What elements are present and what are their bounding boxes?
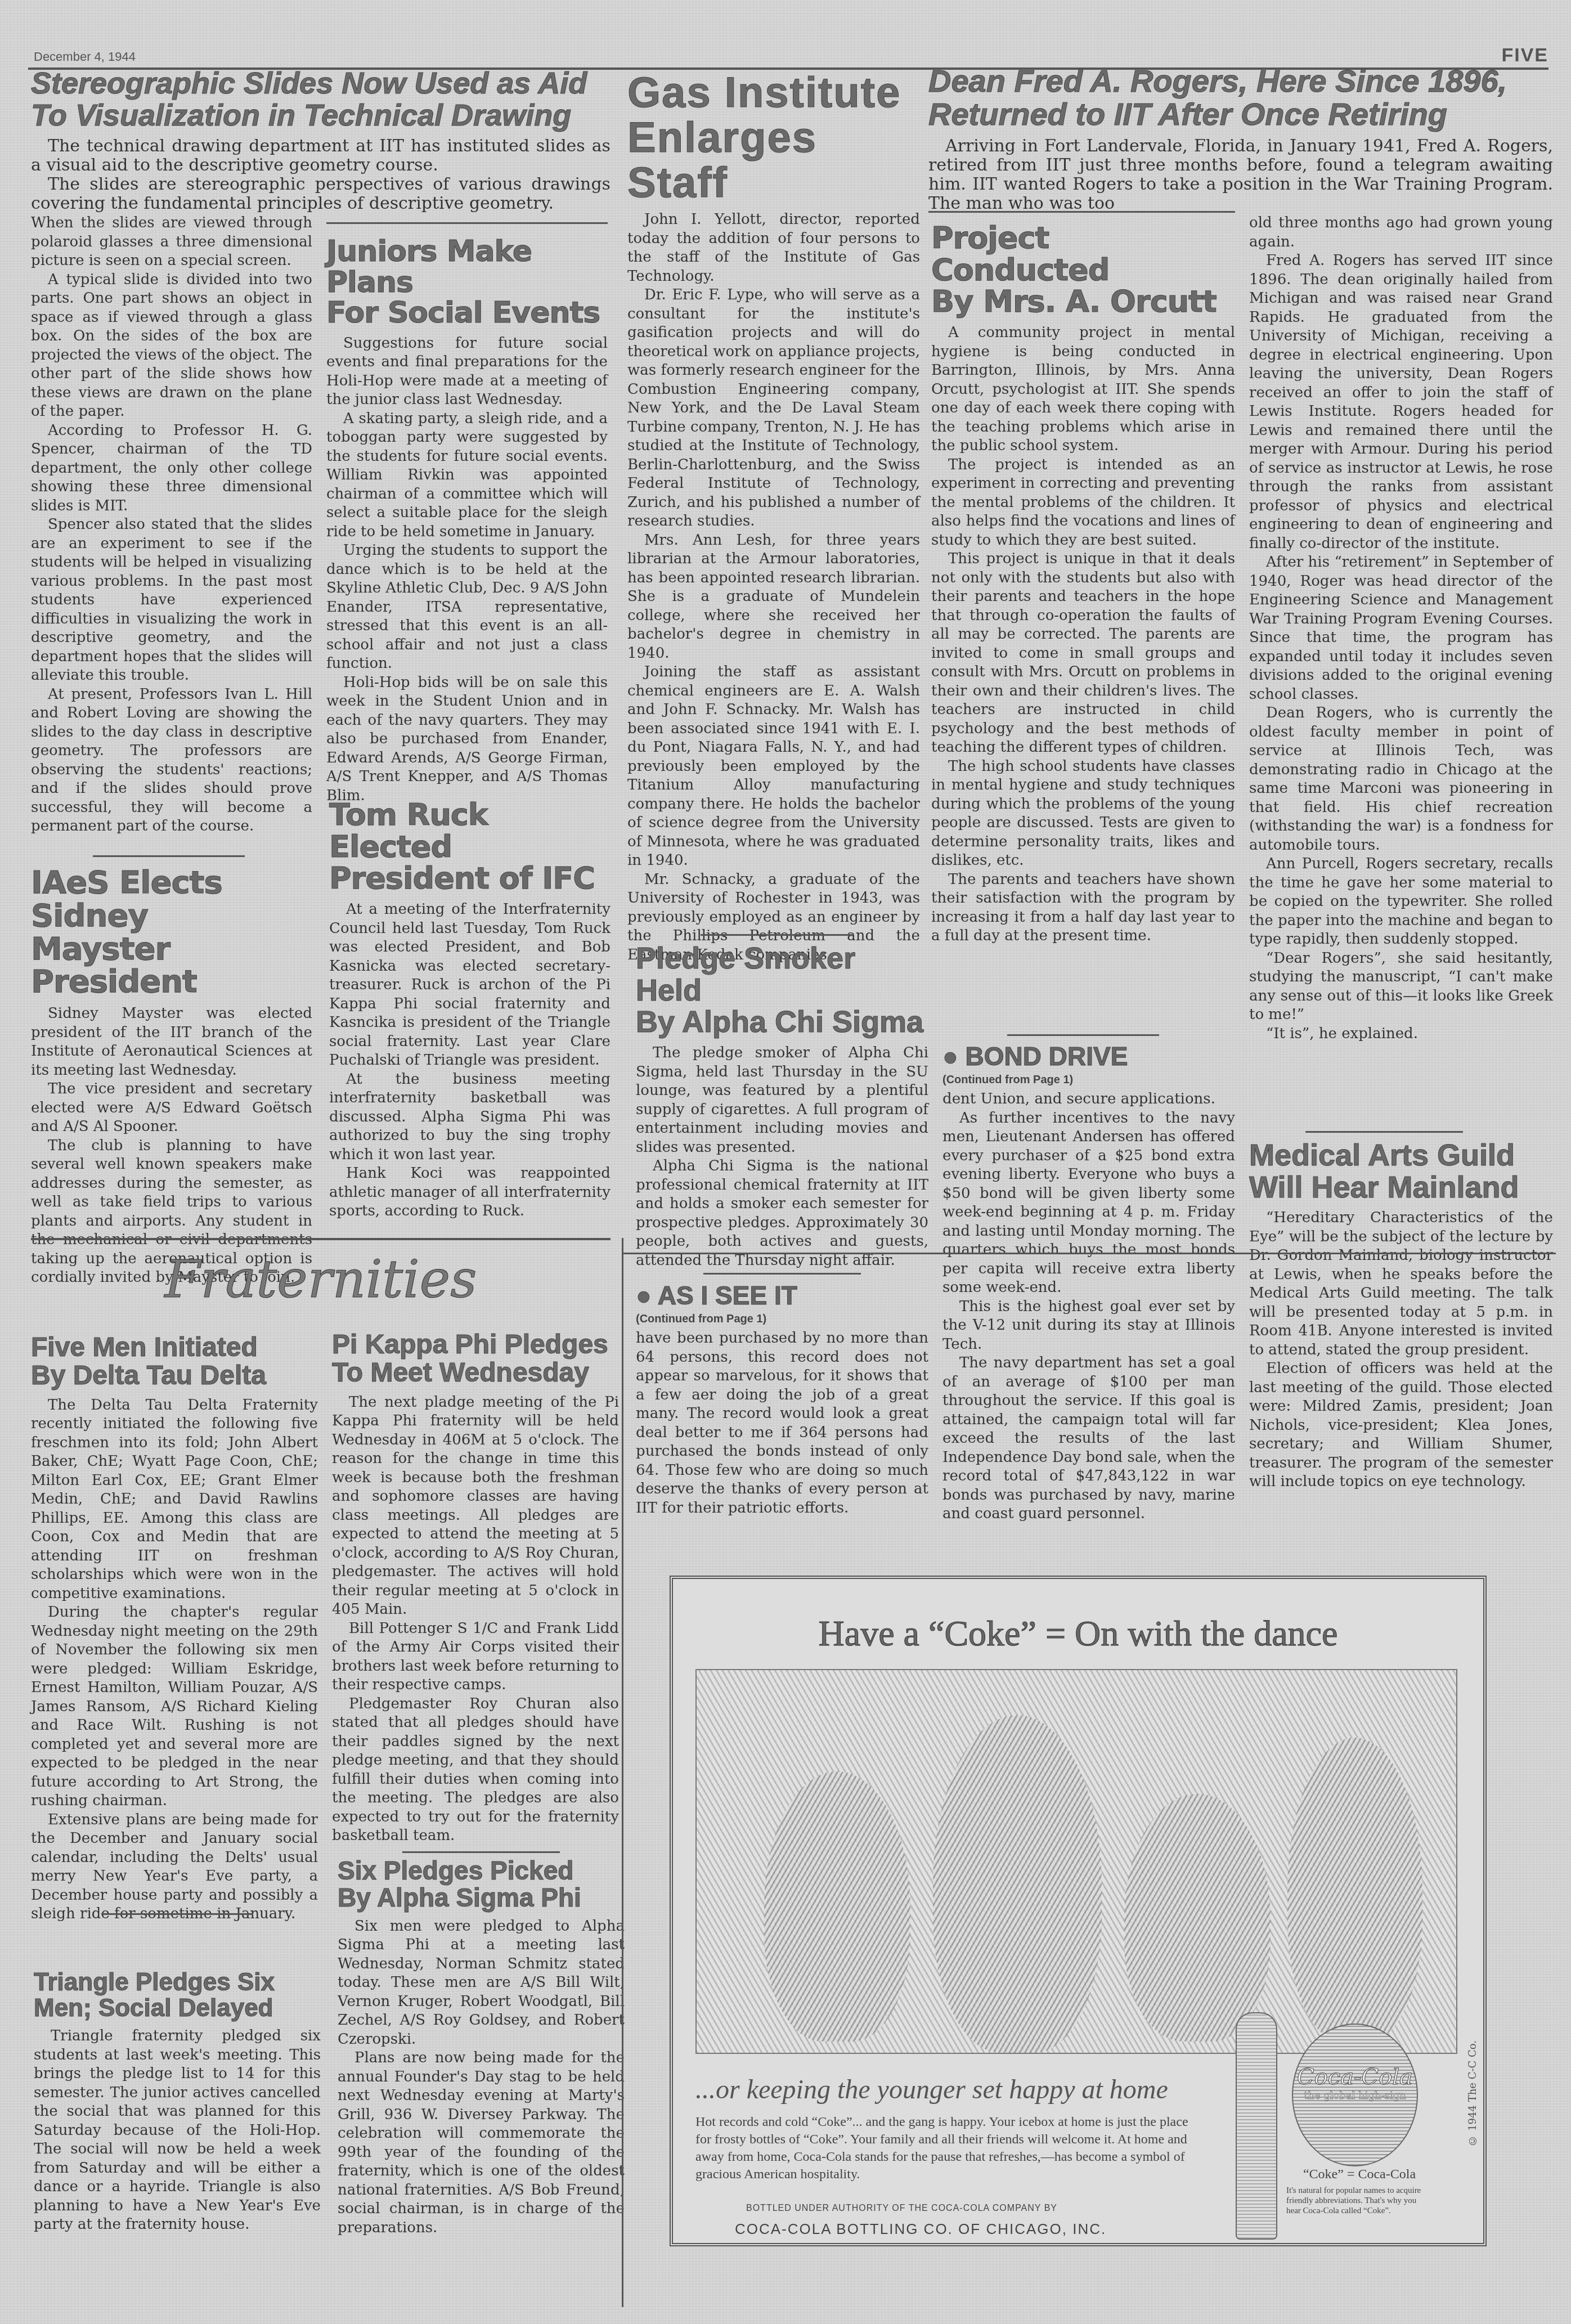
figure-shape — [764, 1771, 910, 2042]
paragraph: The next pladge meeting of the Pi Kappa … — [332, 1393, 619, 1619]
article-rogers: Dean Fred A. Rogers, Here Since 1896, Re… — [928, 65, 1553, 213]
paragraph: Extensive plans are being made for the D… — [31, 1811, 318, 1924]
section-title-fraternities: Fraternities — [31, 1249, 611, 1309]
bottler-name: COCA-COLA BOTTLING CO. OF CHICAGO, INC. — [735, 2220, 1106, 2238]
article-triangle: Triangle Pledges Six Men; Social Delayed… — [34, 1969, 321, 2235]
coca-cola-advertisement: Have a “Coke” = On with the dance ...or … — [670, 1576, 1487, 2246]
paragraph: have been purchased by no more than 64 p… — [636, 1329, 928, 1518]
paragraph: Arriving in Fort Landervale, Florida, in… — [928, 137, 1553, 213]
headline: Six Pledges Picked By Alpha Sigma Phi — [338, 1857, 625, 1912]
divider — [1007, 1034, 1159, 1036]
ad-subhead: ...or keeping the younger set happy at h… — [695, 2074, 1168, 2105]
article-body: The next pladge meeting of the Pi Kappa … — [332, 1393, 619, 1846]
article-alpha-sigma-phi: Six Pledges Picked By Alpha Sigma Phi Si… — [338, 1857, 625, 2237]
paragraph: The project is intended as an experiment… — [931, 456, 1235, 550]
paragraph: The Delta Tau Delta Fraternity recently … — [31, 1396, 318, 1604]
article-gas-institute: Gas Institute Enlarges Staff John I. Yel… — [627, 70, 920, 964]
paragraph: The slides are stereographic perspective… — [31, 175, 611, 213]
paragraph: At a meeting of the Interfraternity Coun… — [329, 900, 611, 1070]
paragraph: This project is unique in that it deals … — [931, 550, 1235, 757]
paragraph: A typical slide is divided into two part… — [31, 271, 312, 421]
headline: Five Men Initiated By Delta Tau Delta — [31, 1334, 318, 1390]
headline-line: To Meet Wednesday — [332, 1359, 619, 1387]
paragraph: Spencer also stated that the slides are … — [31, 515, 312, 685]
paragraph: old three months ago had grown young aga… — [1249, 214, 1553, 252]
headline: IAeS Elects Sidney Mayster President — [31, 867, 312, 999]
paragraph: When the slides are viewed through polar… — [31, 214, 312, 271]
paragraph: At present, Professors Ivan L. Hill and … — [31, 685, 312, 836]
headline: Gas Institute Enlarges Staff — [627, 70, 920, 205]
headline-line: Men; Social Delayed — [34, 1995, 321, 2021]
newspaper-page: December 4, 1944 FIVE Stereographic Slid… — [0, 0, 1571, 2324]
paragraph: Ann Purcell, Rogers secretary, recalls t… — [1249, 855, 1553, 949]
article-lead: Arriving in Fort Landervale, Florida, in… — [928, 137, 1553, 213]
headline-line: Juniors Make Plans — [326, 236, 608, 298]
headline-line: By Alpha Sigma Phi — [338, 1884, 625, 1911]
kicker: ● BOND DRIVE — [942, 1041, 1235, 1071]
headline-line: To Visualization in Technical Drawing — [31, 100, 611, 132]
logo-text: Coca-Cola — [1293, 2064, 1417, 2090]
paragraph: “It is”, he explained. — [1249, 1025, 1553, 1044]
headline: Pledge Smoker Held By Alpha Chi Sigma — [636, 943, 928, 1038]
article-pledge-smoker: Pledge Smoker Held By Alpha Chi Sigma Th… — [636, 943, 928, 1270]
paragraph: Bill Pottenger S 1/C and Frank Lidd of t… — [332, 1619, 619, 1695]
article-bond-drive: ● BOND DRIVE (Continued from Page 1) den… — [942, 1041, 1235, 1524]
bullet-icon: ● — [942, 1042, 966, 1071]
headline-line: For Social Events — [326, 298, 608, 329]
paragraph: Pledgemaster Roy Churan also stated that… — [332, 1695, 619, 1846]
article-body: Six men were pledged to Alpha Sigma Phi … — [338, 1917, 625, 2238]
headline: Pi Kappa Phi Pledges To Meet Wednesday — [332, 1331, 619, 1388]
bullet-icon: ● — [636, 1281, 658, 1310]
headline-line: Six Pledges Picked — [338, 1857, 625, 1884]
section-rule — [31, 1238, 611, 1240]
article-delta-tau-delta: Five Men Initiated By Delta Tau Delta Th… — [31, 1334, 318, 1924]
paragraph: After his “retirement” in September of 1… — [1249, 553, 1553, 704]
page-number: FIVE — [1501, 44, 1548, 66]
dance-illustration — [695, 1669, 1457, 2054]
paragraph: The pledge smoker of Alpha Chi Sigma, he… — [636, 1044, 928, 1157]
headline-line: Pi Kappa Phi Pledges — [332, 1331, 619, 1359]
divider — [326, 222, 608, 224]
article-rogers-body: old three months ago had grown young aga… — [1249, 214, 1553, 1043]
headline: Dean Fred A. Rogers, Here Since 1896, Re… — [928, 65, 1553, 131]
headline-line: President of IFC — [329, 863, 611, 895]
paragraph: Triangle fraternity pledged six students… — [34, 2027, 321, 2235]
divider — [703, 1273, 861, 1275]
logo-tagline: the global high-sign — [1293, 2090, 1417, 2102]
article-iaes: IAeS Elects Sidney Mayster President Sid… — [31, 867, 312, 1287]
ad-headline: Have a “Coke” = On with the dance — [673, 1613, 1483, 1654]
paragraph: At the business meeting interfraternity … — [329, 1070, 611, 1165]
continued-note: (Continued from Page 1) — [636, 1313, 928, 1326]
paragraph: dent Union, and secure applications. — [942, 1090, 1235, 1109]
article-stereographic: Stereographic Slides Now Used as Aid To … — [31, 68, 611, 213]
headline: Stereographic Slides Now Used as Aid To … — [31, 68, 611, 131]
paragraph: Dean Rogers, who is currently the oldest… — [1249, 704, 1553, 855]
continued-note: (Continued from Page 1) — [942, 1074, 1235, 1087]
article-lead: The technical drawing department at IIT … — [31, 137, 611, 213]
figure-shape — [933, 1715, 1102, 2053]
paragraph: The parents and teachers have shown thei… — [931, 871, 1235, 946]
article-body: Triangle fraternity pledged six students… — [34, 2027, 321, 2235]
headline-line: Gas Institute — [627, 70, 920, 115]
headline: Triangle Pledges Six Men; Social Delayed — [34, 1969, 321, 2021]
paragraph: This is the highest goal ever set by the… — [942, 1298, 1235, 1354]
headline-line: By Alpha Chi Sigma — [636, 1006, 928, 1038]
paragraph: Holi-Hop bids will be on sale this week … — [326, 674, 608, 806]
paragraph: Mrs. Ann Lesh, for three years librarian… — [627, 531, 920, 663]
paragraph: During the chapter's regular Wednesday n… — [31, 1603, 318, 1811]
paragraph: Joining the staff as assistant chemical … — [627, 663, 920, 871]
bottler-line: BOTTLED UNDER AUTHORITY OF THE COCA-COLA… — [746, 2204, 1057, 2214]
coca-cola-disc-logo: Coca-Cola the global high-sign — [1292, 2024, 1418, 2166]
kicker-label: BOND DRIVE — [966, 1042, 1128, 1071]
headline-line: Dean Fred A. Rogers, Here Since 1896, — [928, 65, 1553, 98]
coke-bottle-icon — [1236, 2012, 1277, 2240]
paragraph: Suggestions for future social events and… — [326, 334, 608, 410]
divider — [93, 855, 245, 857]
headline-line: Medical Arts Guild — [1249, 1139, 1553, 1172]
paragraph: Sidney Mayster was elected president of … — [31, 1004, 312, 1080]
headline: Project Conducted By Mrs. A. Orcutt — [931, 222, 1235, 318]
paragraph: “Dear Rogers”, she said hesitantly, stud… — [1249, 949, 1553, 1025]
ad-note: It's natural for popular names to acquir… — [1286, 2186, 1433, 2216]
article-body: “Hereditary Characteristics of the Eye” … — [1249, 1209, 1553, 1492]
headline-line: Pledge Smoker Held — [636, 943, 928, 1006]
headline: Medical Arts Guild Will Hear Mainland — [1249, 1139, 1553, 1203]
paragraph: The high school students have classes in… — [931, 757, 1235, 871]
headline-line: Stereographic Slides Now Used as Aid — [31, 68, 611, 100]
paragraph: Fred A. Rogers has served IIT since 1896… — [1249, 252, 1553, 553]
article-medical-arts: Medical Arts Guild Will Hear Mainland “H… — [1249, 1139, 1553, 1492]
kicker: ● AS I SEE IT — [636, 1280, 928, 1311]
article-ruck: Tom Ruck Elected President of IFC At a m… — [329, 799, 611, 1221]
paragraph: A community project in mental hygiene is… — [931, 324, 1235, 456]
article-body: John I. Yellott, director, reported toda… — [627, 210, 920, 964]
coke-equation: “Coke” = Coca-Cola — [1286, 2167, 1433, 2182]
article-orcutt: Project Conducted By Mrs. A. Orcutt A co… — [931, 222, 1235, 946]
paragraph: The technical drawing department at IIT … — [31, 137, 611, 175]
paragraph: John I. Yellott, director, reported toda… — [627, 210, 920, 286]
headline-line: Tom Ruck Elected — [329, 799, 611, 863]
paragraph: The navy department has set a goal of an… — [942, 1354, 1235, 1524]
headline-line: Five Men Initiated — [31, 1334, 318, 1362]
headline-line: Returned to IIT After Once Retiring — [928, 98, 1553, 131]
issue-date: December 4, 1944 — [34, 50, 136, 64]
paragraph: According to Professor H. G. Spencer, ch… — [31, 421, 312, 516]
divider — [622, 1253, 1556, 1254]
paragraph: A skating party, a sleigh ride, and a to… — [326, 410, 608, 542]
article-juniors: Juniors Make Plans For Social Events Sug… — [326, 236, 608, 805]
article-body: The Delta Tau Delta Fraternity recently … — [31, 1396, 318, 1924]
kicker-label: AS I SEE IT — [658, 1281, 797, 1310]
headline-line: Triangle Pledges Six — [34, 1969, 321, 1995]
headline-line: Project Conducted — [931, 222, 1235, 286]
divider — [701, 934, 852, 936]
article-pi-kappa-phi: Pi Kappa Phi Pledges To Meet Wednesday T… — [332, 1331, 619, 1846]
article-body: At a meeting of the Interfraternity Coun… — [329, 900, 611, 1221]
headline-line: Enlarges Staff — [627, 115, 920, 205]
headline-line: By Mrs. A. Orcutt — [931, 286, 1235, 318]
headline: Tom Ruck Elected President of IFC — [329, 799, 611, 895]
article-body: A community project in mental hygiene is… — [931, 324, 1235, 946]
paragraph: As further incentives to the navy men, L… — [942, 1109, 1235, 1298]
headline-line: By Delta Tau Delta — [31, 1362, 318, 1390]
headline-line: Mayster President — [31, 933, 312, 999]
paragraph: Six men were pledged to Alpha Sigma Phi … — [338, 1917, 625, 2049]
figure-shape — [1287, 1738, 1422, 2042]
divider — [101, 1913, 253, 1915]
paragraph: Urging the students to support the dance… — [326, 541, 608, 674]
article-as-i-see-it: ● AS I SEE IT (Continued from Page 1) ha… — [636, 1280, 928, 1518]
paragraph: Dr. Eric F. Lype, who will serve as a co… — [627, 286, 920, 531]
column-rule — [622, 1238, 623, 2307]
paragraph: The vice president and secretary elected… — [31, 1080, 312, 1137]
paragraph: “Hereditary Characteristics of the Eye” … — [1249, 1209, 1553, 1360]
article-body: dent Union, and secure applications. As … — [942, 1090, 1235, 1524]
paragraph: Plans are now being made for the annual … — [338, 2049, 625, 2237]
article-stereographic-body: When the slides are viewed through polar… — [31, 214, 312, 836]
figure-shape — [1124, 1794, 1271, 2042]
headline-line: IAeS Elects Sidney — [31, 867, 312, 933]
divider — [402, 1851, 560, 1853]
headline-line: Will Hear Mainland — [1249, 1172, 1553, 1204]
ad-copyright: © 1944 The C-C Co. — [1467, 2040, 1479, 2146]
paragraph: Hank Koci was reappointed athletic manag… — [329, 1164, 611, 1221]
ad-copy: Hot records and cold “Coke”... and the g… — [695, 2114, 1191, 2183]
divider — [928, 211, 1235, 213]
article-body: have been purchased by no more than 64 p… — [636, 1329, 928, 1518]
article-body: Sidney Mayster was elected president of … — [31, 1004, 312, 1287]
divider — [1305, 1131, 1463, 1133]
article-body: Suggestions for future social events and… — [326, 334, 608, 806]
article-body: The pledge smoker of Alpha Chi Sigma, he… — [636, 1044, 928, 1270]
paragraph: Election of officers was held at the las… — [1249, 1360, 1553, 1492]
headline: Juniors Make Plans For Social Events — [326, 236, 608, 329]
